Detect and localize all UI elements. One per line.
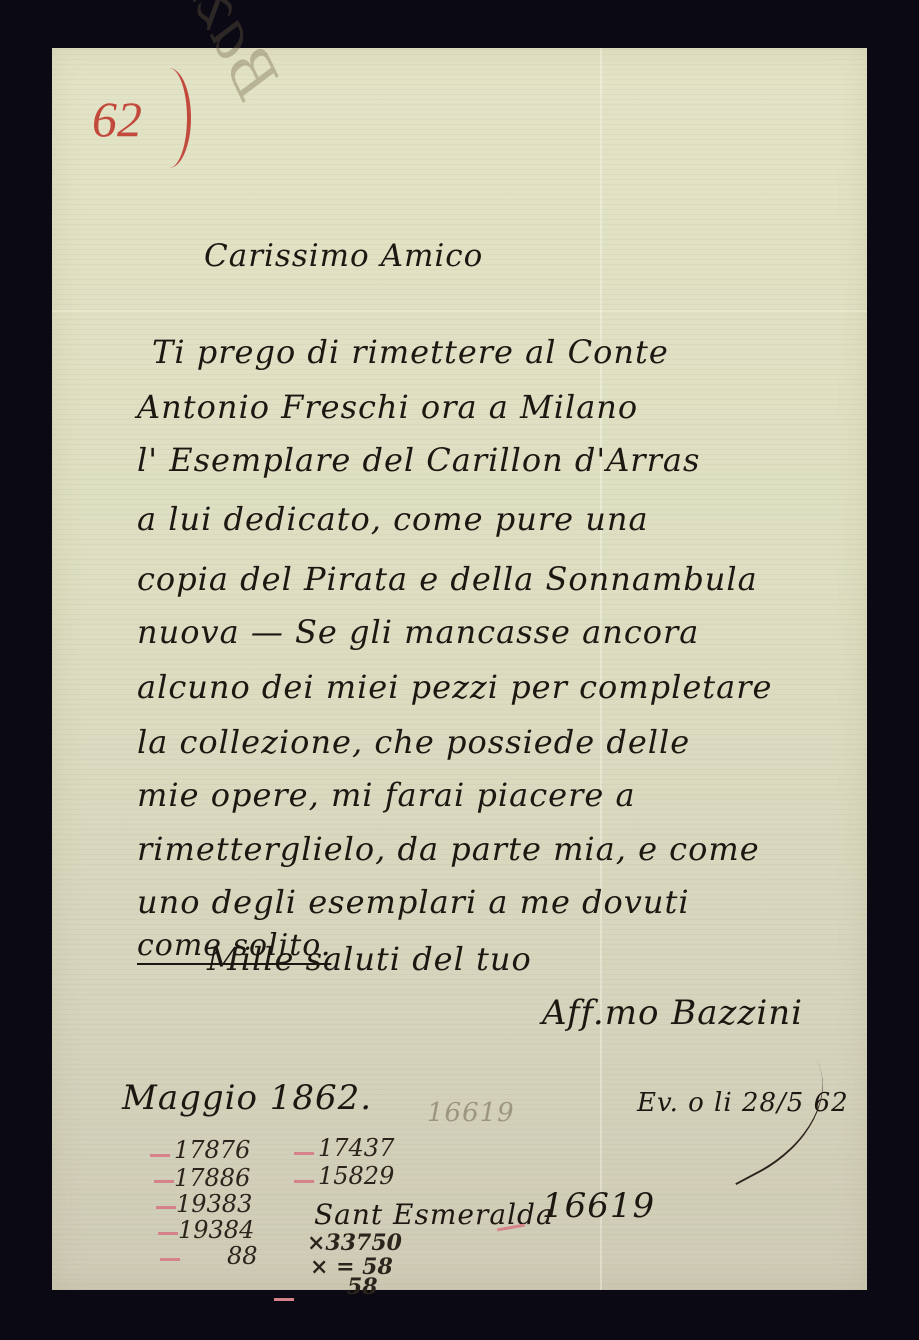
archive-number: 62 [92,90,142,148]
ledger-number: 19383 [176,1190,252,1218]
fold-line-horizontal [52,310,867,312]
red-mark [154,1180,174,1183]
body-line-8: la collezione, che possiede delle [137,723,690,761]
letter-paper: 62 Bazzini Carissimo Amico Ti prego di r… [52,48,867,1290]
body-line-2: Antonio Freschi ora a Milano [137,388,638,426]
body-line-3-text: l' Esemplare del Carillon d'Arras [137,441,700,479]
red-mark [158,1232,178,1235]
salutation: Carissimo Amico [204,238,483,274]
ledger-number: 17437 [318,1134,394,1162]
body-line-6: nuova — Se gli mancasse ancora [137,613,699,651]
body-line-7: alcuno dei miei pezzi per completare [137,668,772,706]
body-line-4: a lui dedicato, come pure una [137,500,649,538]
red-mark [294,1152,314,1155]
ledger-number: 88 [227,1242,258,1270]
ledger-number: 15829 [318,1162,394,1190]
red-mark [150,1154,170,1157]
red-mark [294,1180,314,1183]
body-line-5: copia del Pirata e della Sonnambula [137,560,758,598]
ledger-figure: ×33750 [307,1230,402,1256]
red-mark [156,1206,176,1209]
body-line-1: Ti prego di rimettere al Conte [152,333,669,371]
faded-number: 16619 [427,1098,515,1128]
body-line-9: mie opere, mi farai piacere a [137,776,636,814]
ledger-figure: 58 [347,1274,378,1300]
ledger-number: 17886 [174,1164,250,1192]
red-mark [274,1298,294,1301]
signature: Aff.mo Bazzini [542,993,803,1033]
body-line-11: uno degli esemplari a me dovuti [137,883,690,921]
ledger-number: 19384 [178,1216,254,1244]
archive-number-bracket [147,68,191,168]
body-line-3: l' Esemplare del Carillon d'Arras [137,441,700,479]
letter-date: Maggio 1862. [122,1078,372,1118]
body-line-10: rimetterglielo, da parte mia, e come [137,830,760,868]
closing: Mille saluti del tuo [207,940,532,978]
catalog-number: 16619 [542,1186,655,1226]
ledger-number: 17876 [174,1136,250,1164]
red-mark [160,1258,180,1261]
